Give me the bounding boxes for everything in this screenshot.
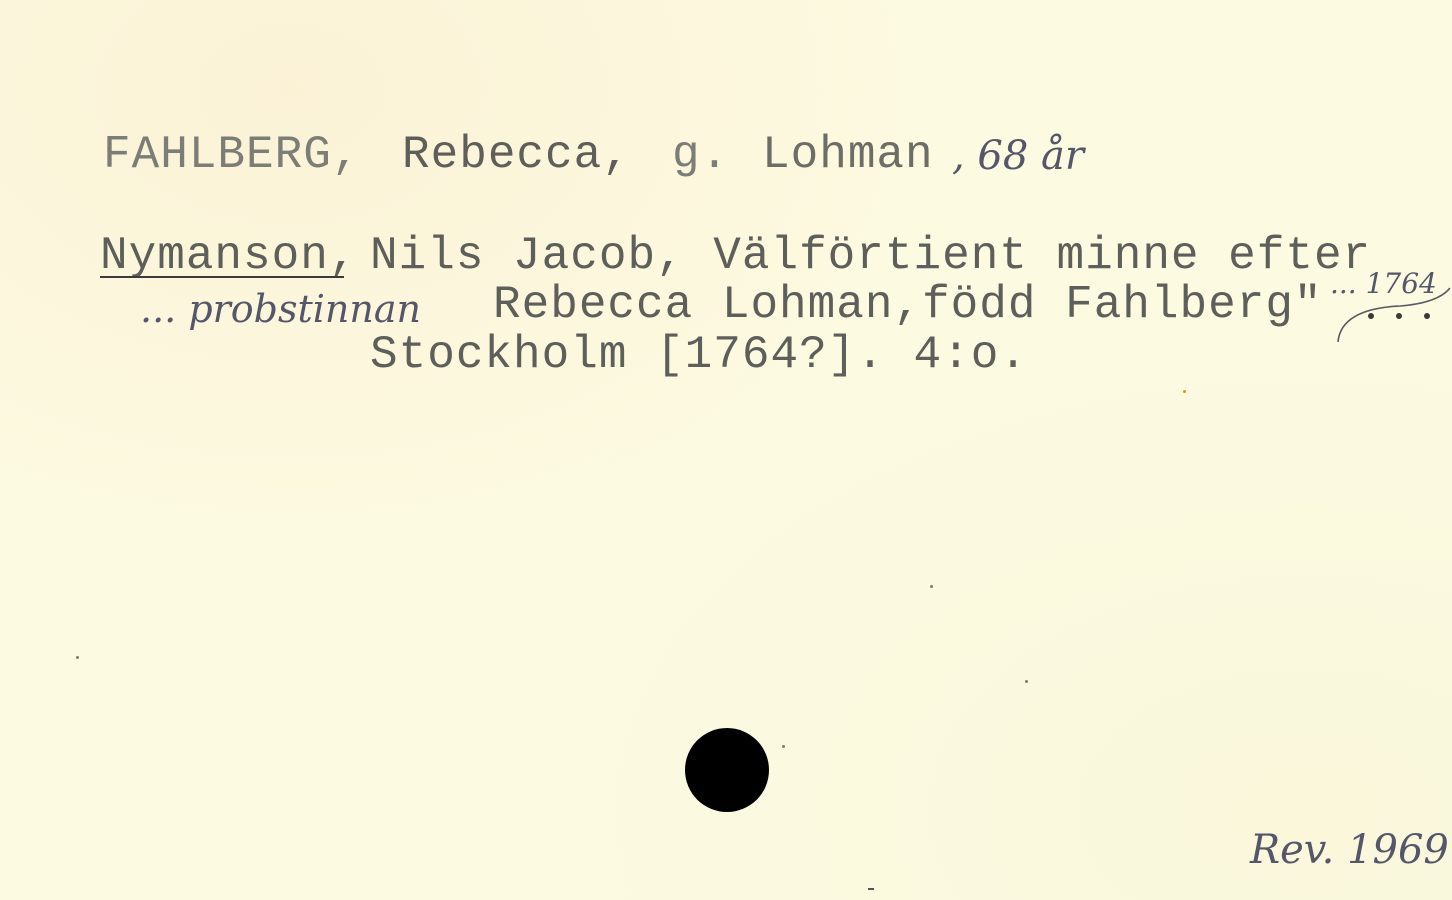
punch-hole bbox=[685, 728, 769, 812]
entry-title-line-1: Nils Jacob, Välförtient minne efter bbox=[370, 233, 1371, 279]
revision-note: Rev. 1969 bbox=[1250, 830, 1449, 870]
ellipsis-dot bbox=[1424, 313, 1430, 319]
heading-given-name: Rebecca, bbox=[402, 132, 631, 178]
heading-married-name: Lohman bbox=[762, 132, 934, 178]
entry-imprint: Stockholm [1764?]. 4:o. bbox=[370, 332, 1028, 378]
paper-speck bbox=[1025, 680, 1028, 683]
ellipsis-dot bbox=[1396, 313, 1402, 319]
heading-surname: FAHLBERG, bbox=[103, 132, 360, 178]
handwritten-title-insert: ... probstinnan bbox=[140, 290, 421, 328]
paper-speck bbox=[868, 888, 874, 890]
ellipsis-dot bbox=[1368, 313, 1374, 319]
catalog-card: FAHLBERG, Rebecca, g. Lohman , 68 år Nym… bbox=[0, 0, 1452, 900]
heading-age-note: , 68 år bbox=[952, 136, 1084, 176]
paper-speck bbox=[930, 585, 933, 588]
paper-speck bbox=[1183, 390, 1186, 393]
insertion-mark-icon bbox=[1330, 268, 1452, 348]
entry-title-line-2: Rebecca Lohman,född Fahlberg" bbox=[493, 282, 1323, 328]
entry-author: Nymanson, bbox=[100, 233, 357, 279]
author-underline bbox=[100, 276, 344, 278]
heading-married-prefix: g. bbox=[672, 132, 729, 178]
paper-speck bbox=[782, 745, 785, 748]
paper-speck bbox=[76, 656, 79, 659]
